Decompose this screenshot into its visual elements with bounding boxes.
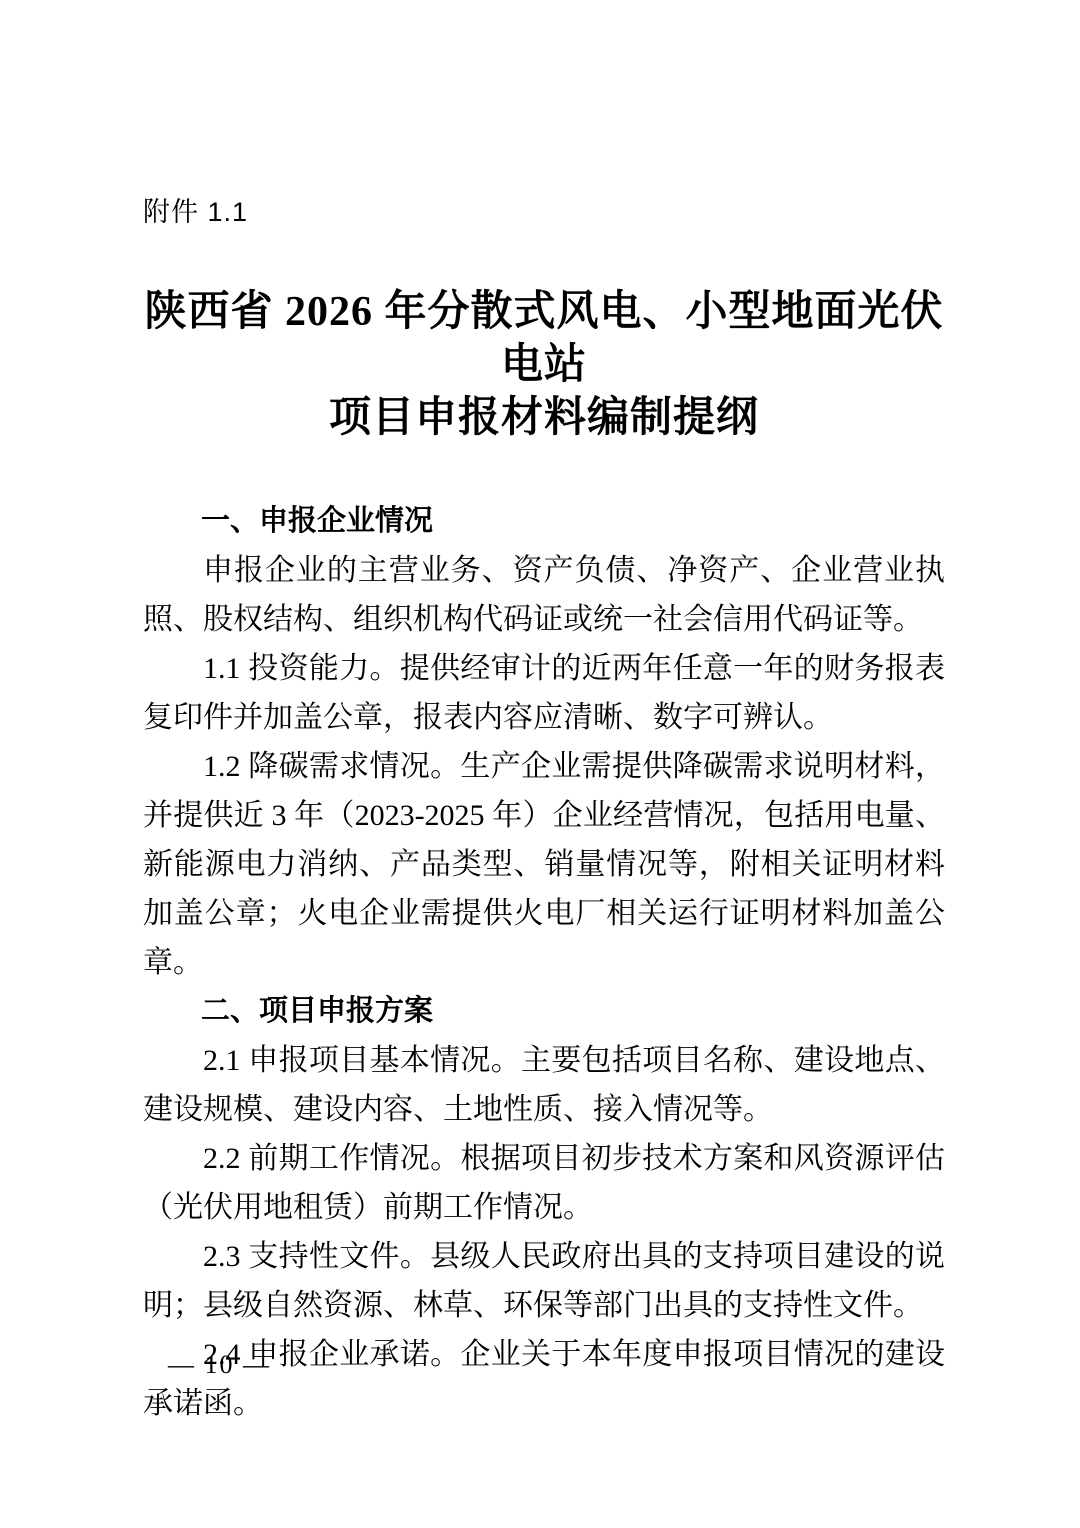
section-1-paragraph-2: 1.1 投资能力。提供经审计的近两年任意一年的财务报表复印件并加盖公章，报表内容… xyxy=(143,644,945,742)
document-title-line-2: 项目申报材料编制提纲 xyxy=(143,392,945,445)
document-title: 陕西省 2026 年分散式风电、小型地面光伏电站 项目申报材料编制提纲 xyxy=(143,286,945,445)
attachment-label: 附件 1.1 xyxy=(143,196,945,228)
section-2-paragraph-3: 2.3 支持性文件。县级人民政府出具的支持项目建设的说明；县级自然资源、林草、环… xyxy=(143,1232,945,1330)
section-2-paragraph-2: 2.2 前期工作情况。根据项目初步技术方案和风资源评估（光伏用地租赁）前期工作情… xyxy=(143,1134,945,1232)
section-1-paragraph-3: 1.2 降碳需求情况。生产企业需提供降碳需求说明材料，并提供近 3 年（2023… xyxy=(143,742,945,987)
document-page: 附件 1.1 陕西省 2026 年分散式风电、小型地面光伏电站 项目申报材料编制… xyxy=(0,0,1080,1528)
section-2-heading: 二、项目申报方案 xyxy=(143,987,945,1036)
section-1-paragraph-1: 申报企业的主营业务、资产负债、净资产、企业营业执照、股权结构、组织机构代码证或统… xyxy=(143,546,945,644)
section-2-paragraph-1: 2.1 申报项目基本情况。主要包括项目名称、建设地点、建设规模、建设内容、土地性… xyxy=(143,1036,945,1134)
document-title-line-1: 陕西省 2026 年分散式风电、小型地面光伏电站 xyxy=(143,286,945,392)
section-1-heading: 一、申报企业情况 xyxy=(143,497,945,546)
document-body: 一、申报企业情况 申报企业的主营业务、资产负债、净资产、企业营业执照、股权结构、… xyxy=(143,497,945,1428)
page-number: — 10 — xyxy=(168,1350,271,1380)
